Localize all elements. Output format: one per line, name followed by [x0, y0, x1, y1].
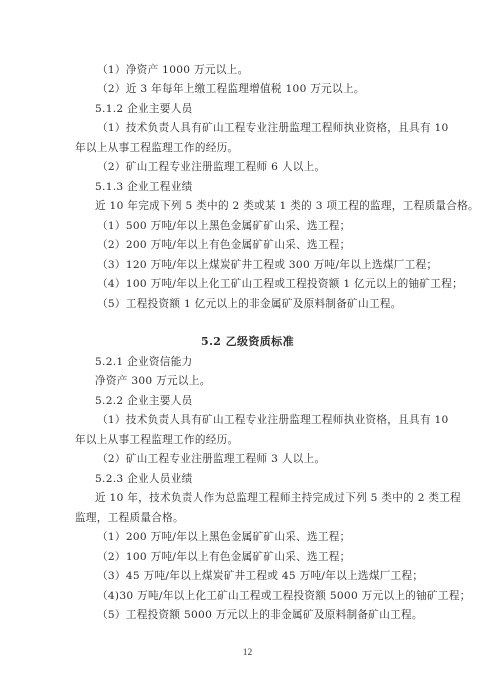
performance-item-2: （2）200 万吨/年以上有色金属矿矿山采、选工程； [97, 238, 351, 252]
performance-b-intro-continued: 监理，工程质量合格。 [75, 511, 184, 525]
performance-item-3: （3）120 万吨/年以上煤炭矿井工程或 300 万吨/年以上选煤厂工程； [97, 258, 437, 272]
personnel-b-item-2: （2）矿山工程专业注册监理工程师 3 人以上。 [97, 452, 325, 466]
vat-item: （2）近 3 年每年上缴工程监理增值税 100 万元以上。 [97, 82, 365, 96]
personnel-b-item-1-continued: 年以上从事工程监理工作的经历。 [75, 433, 238, 447]
performance-intro: 近 10 年完成下列 5 类中的 2 类或某 1 类的 3 项工程的监理，工程质… [95, 199, 479, 213]
subsection-heading-5-2-2: 5.2.2 企业主要人员 [95, 394, 192, 408]
page-number: 12 [0, 648, 495, 658]
performance-b-intro: 近 10 年，技术负责人作为总监理工程师主持完成过下列 5 类中的 2 类工程 [95, 491, 461, 505]
performance-b-item-2: （2）100 万吨/年以上有色金属矿矿山采、选工程； [97, 550, 351, 564]
performance-item-5: （5）工程投资额 1 亿元以上的非金属矿及原料制备矿山工程。 [97, 297, 402, 311]
personnel-item-2: （2）矿山工程专业注册监理工程师 6 人以上。 [97, 160, 325, 174]
subsection-heading-5-1-2: 5.1.2 企业主要人员 [95, 102, 192, 116]
subsection-heading-5-2-3: 5.2.3 企业人员业绩 [95, 472, 192, 486]
credit-net-assets: 净资产 300 万元以上。 [95, 374, 211, 388]
personnel-item-1-continued: 年以上从事工程监理工作的经历。 [75, 141, 238, 155]
net-assets-item: （1）净资产 1000 万元以上。 [97, 63, 248, 77]
performance-b-item-5: （5）工程投资额 5000 万元以上的非金属矿及原料制备矿山工程。 [97, 608, 423, 622]
performance-b-item-3: （3）45 万吨/年以上煤炭矿井工程或 45 万吨/年以上选煤厂工程； [97, 569, 423, 583]
subsection-heading-5-2-1: 5.2.1 企业资信能力 [95, 355, 192, 369]
section-title-5-2: 5.2 乙级资质标准 [0, 335, 495, 349]
performance-item-1: （1）500 万吨/年以上黑色金属矿矿山采、选工程； [97, 219, 351, 233]
subsection-heading-5-1-3: 5.1.3 企业工程业绩 [95, 180, 192, 194]
performance-item-4: （4）100 万吨/年以上化工矿山工程或工程投资额 1 亿元以上的铀矿工程； [97, 277, 463, 291]
performance-b-item-1: （1）200 万吨/年以上黑色金属矿矿山采、选工程； [97, 530, 351, 544]
document-page: （1）净资产 1000 万元以上。 （2）近 3 年每年上缴工程监理增值税 10… [0, 0, 495, 700]
personnel-b-item-1: （1）技术负责人具有矿山工程专业注册监理工程师执业资格，且具有 10 [97, 413, 449, 427]
performance-b-item-4: （4)30 万吨/年以上化工矿山工程或工程投资额 5000 万元以上的铀矿工程； [97, 589, 471, 603]
personnel-item-1: （1）技术负责人具有矿山工程专业注册监理工程师执业资格，且具有 10 [97, 121, 449, 135]
